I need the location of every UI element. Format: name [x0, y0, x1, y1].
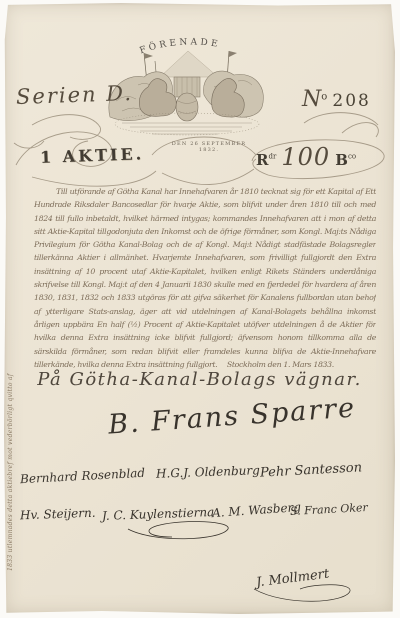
share-count-title: ​1 AKTIE.	[40, 144, 145, 167]
pennant	[229, 51, 237, 57]
signature-flourish-2	[246, 581, 356, 607]
signature-row1-1: Bernhard Rosenblad	[20, 466, 146, 487]
currency-suffix: B	[335, 151, 348, 169]
certificate-paper: FÖRENADE	[4, 3, 395, 614]
currency-prefix-sup: dr	[268, 153, 276, 161]
issue-date-line2: 1832.	[154, 147, 264, 153]
on-behalf-heading: På Götha-Kanal-Bolags vägnar.	[4, 369, 395, 390]
amount-value: 100	[281, 143, 330, 171]
photograph-background: FÖRENADE	[0, 0, 400, 618]
signature-row1-3: Pehr Santesson	[260, 460, 363, 480]
currency-suffix-sup: co	[348, 153, 356, 161]
number-value: 208	[332, 91, 370, 111]
mountain	[160, 51, 218, 77]
signature-row2-4: S. Franc Oker	[290, 501, 368, 518]
number-ordinal: o	[321, 92, 327, 103]
certificate-number: No 208	[302, 87, 371, 112]
signature-flourish	[124, 519, 234, 543]
series-label: Serien D.	[16, 81, 134, 109]
margin-annotation: 1833 utlemnades detta aktiebref mot vede…	[7, 341, 14, 571]
denomination: Rdr 100 Bco	[256, 143, 356, 171]
signature-row2-1: Hv. Steijern.	[20, 506, 96, 523]
certificate-body-text: Till utförande af Götha Kanal har Inneha…	[34, 185, 376, 371]
currency-prefix: R	[256, 151, 268, 169]
banner-text: FÖRENADE	[139, 37, 222, 56]
issue-date: DEN 26 SEPTEMBER 1832.	[154, 141, 264, 153]
signature-row2-3: A. M. Wasberg	[212, 500, 302, 520]
signature-principal: B. Frans Sparre	[107, 392, 357, 440]
number-prefix: N	[302, 87, 321, 112]
signature-row1-2: H.G.J. Oldenburg	[156, 463, 260, 481]
